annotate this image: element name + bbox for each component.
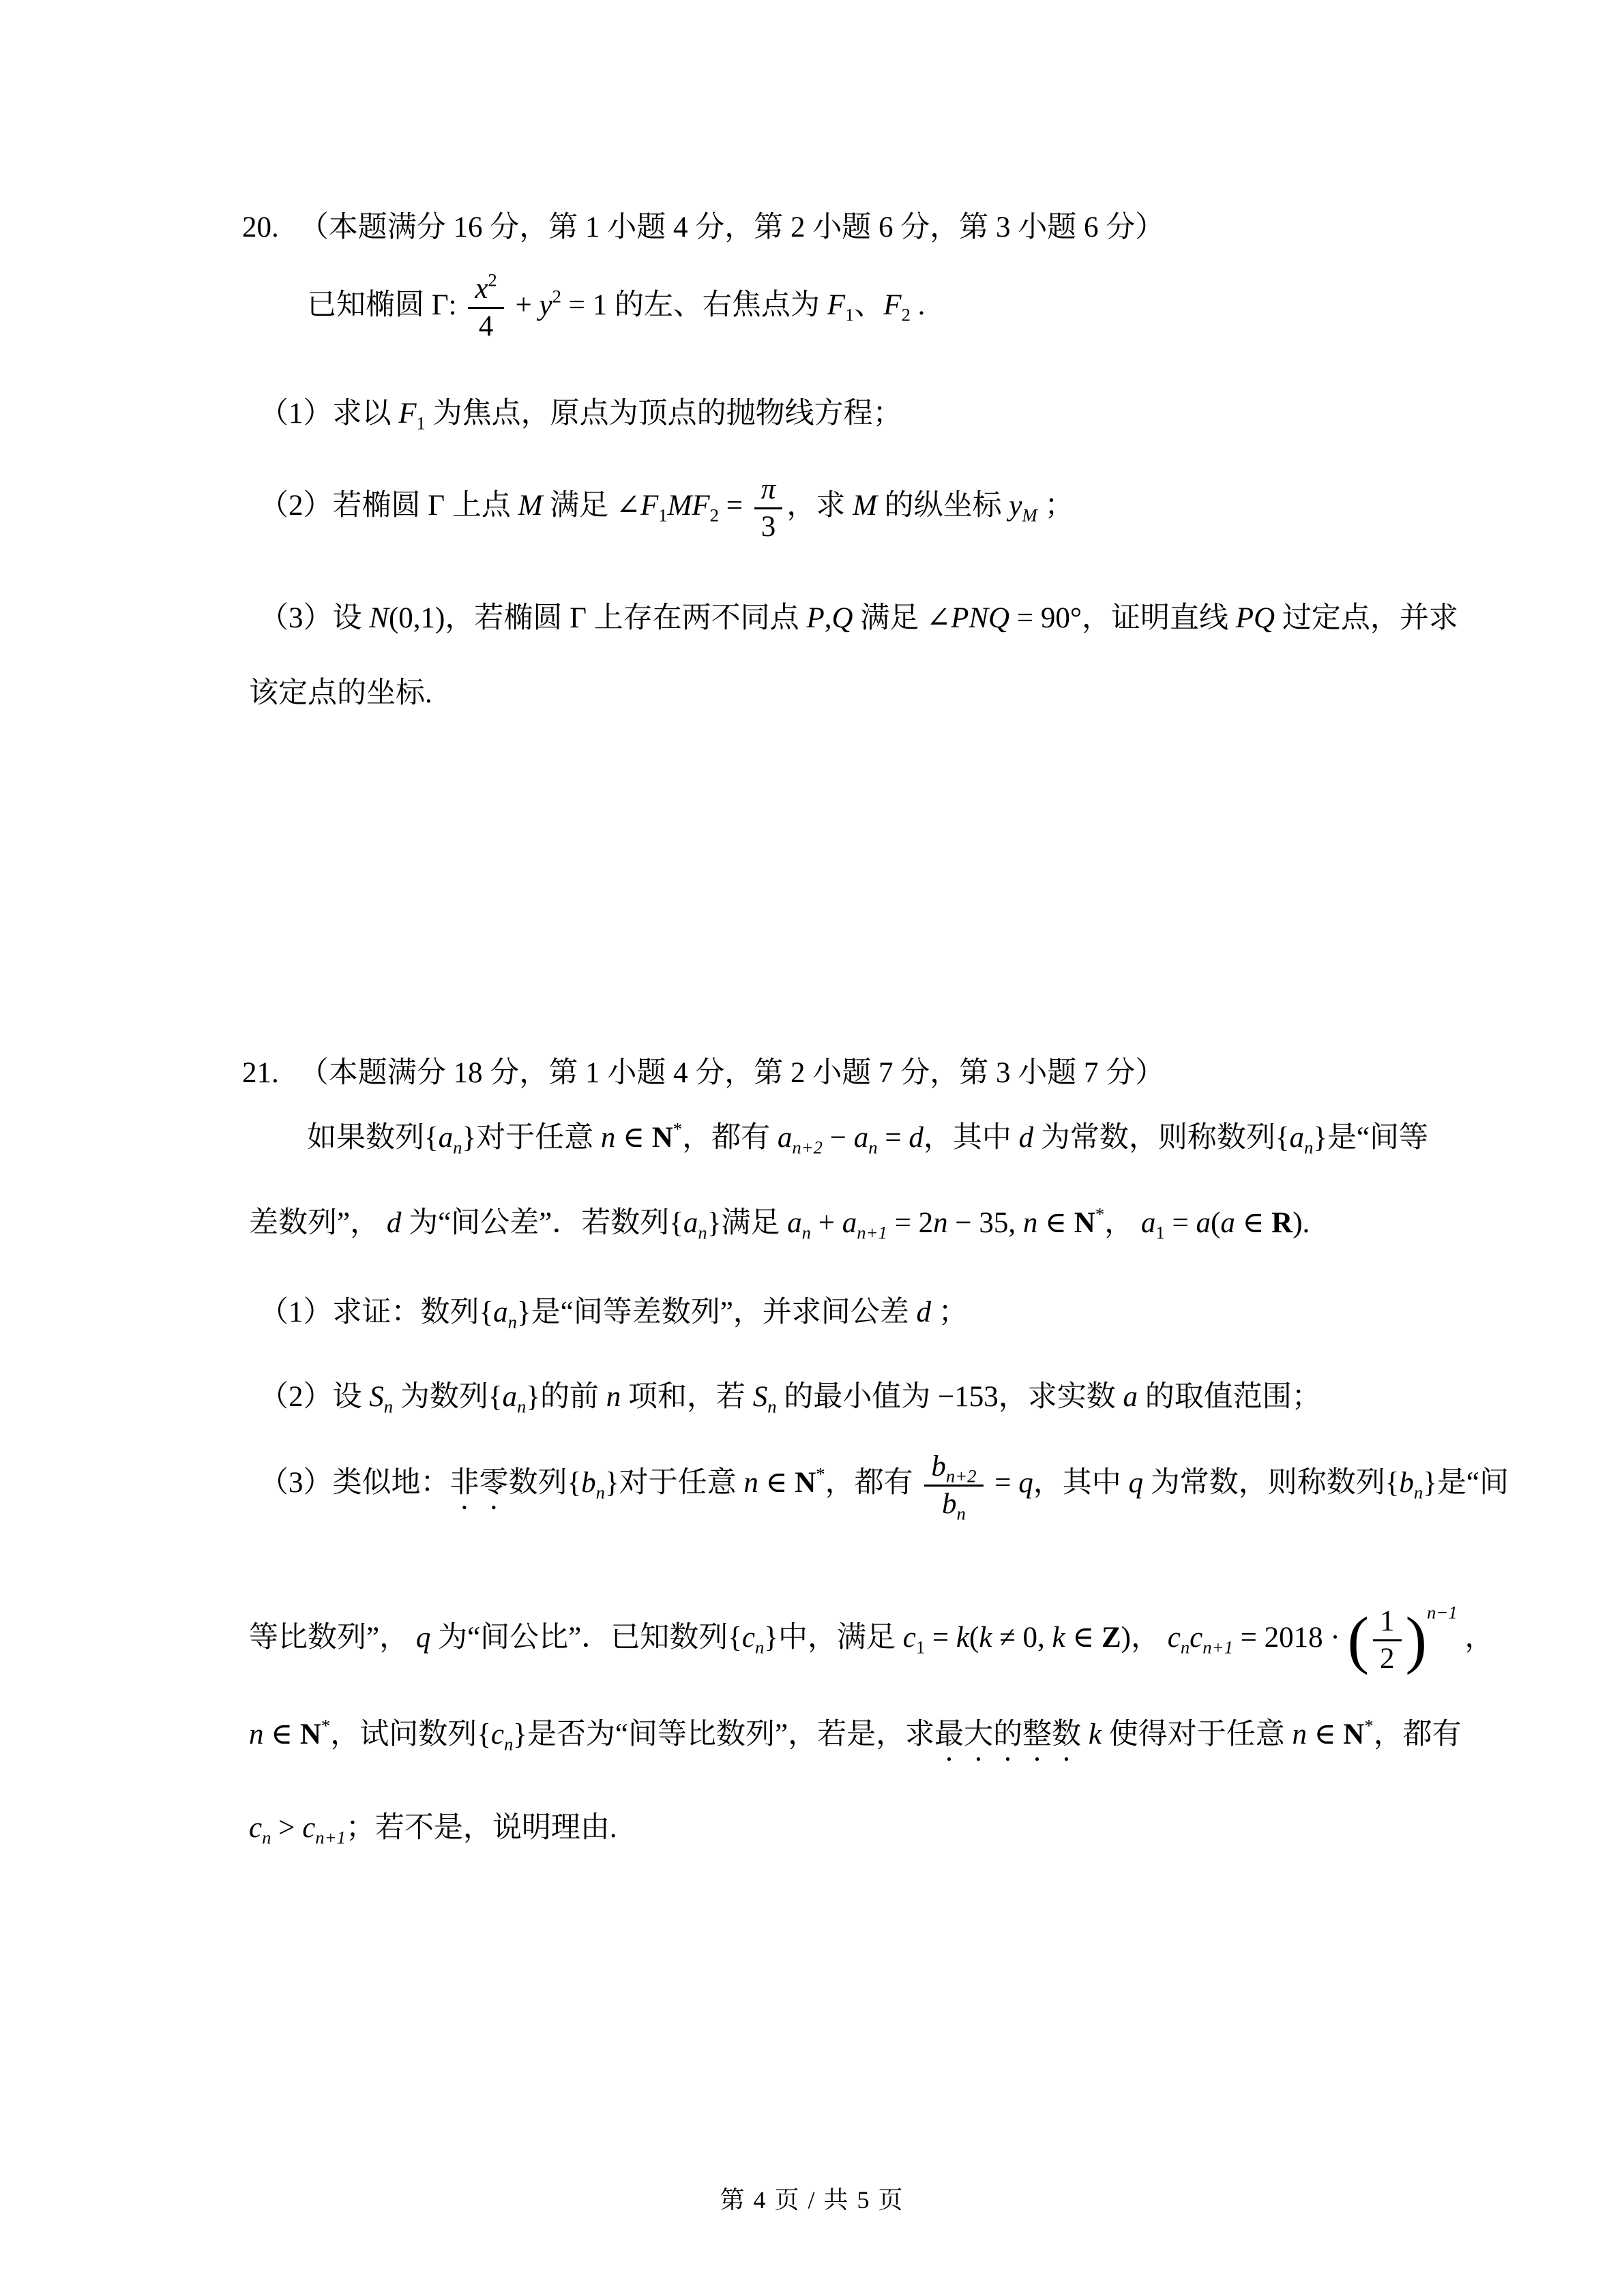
problem-20-q3-continuation: 该定点的坐标. [249, 674, 432, 713]
problem-20-q1: （1）求以 F1 为焦点，原点为顶点的抛物线方程； [259, 394, 902, 434]
problem-20-title: （本题满分 16 分，第 1 小题 4 分，第 2 小题 6 分，第 3 小题 … [299, 211, 1165, 243]
problem-20-q2: （2）若椭圆 Γ 上点 M 满足 ∠F1MF2 = π3，求 M 的纵坐标 yM… [259, 472, 1074, 544]
fraction: π3 [754, 472, 783, 544]
problem-21-intro-line1: 如果数列{an}对于任意 n ∈ N*，都有 an+2 − an = d，其中 … [307, 1118, 1428, 1158]
problem-21-number: 21. [242, 1057, 279, 1089]
fraction: bn+2bn [924, 1449, 983, 1521]
fraction: x24 [468, 271, 503, 344]
fraction: 12 [1373, 1604, 1402, 1676]
problem-21-header: 21.（本题满分 18 分，第 1 小题 4 分，第 2 小题 7 分，第 3 … [242, 1054, 1164, 1093]
problem-21-q2: （2）设 Sn 为数列{an}的前 n 项和，若 Sn 的最小值为 −153，求… [259, 1377, 1321, 1417]
problem-21-continuation-line3: cn > cn+1；若不是，说明理由. [249, 1808, 617, 1848]
problem-21-title: （本题满分 18 分，第 1 小题 4 分，第 2 小题 7 分，第 3 小题 … [299, 1057, 1165, 1089]
problem-21-q1: （1）求证：数列{an}是“间等差数列”，并求间公差 d ； [259, 1293, 968, 1332]
problem-21-continuation-line2: n ∈ N*，试问数列{cn}是否为“间等比数列”，若是，求最大的整数 k 使得… [249, 1715, 1462, 1768]
problem-21-intro-line2: 差数列”， d 为“间公差”．若数列{an}满足 an + an+1 = 2n … [249, 1204, 1310, 1243]
problem-21-continuation-line1: 等比数列”， q 为“间公比”．已知数列{cn}中，满足 c1 = k(k ≠ … [249, 1604, 1494, 1676]
exam-page: 20.（本题满分 16 分，第 1 小题 4 分，第 2 小题 6 分，第 3 … [0, 0, 1624, 2296]
problem-20-q3: （3）设 N(0,1)，若椭圆 Γ 上存在两不同点 P,Q 满足 ∠PNQ = … [259, 599, 1458, 638]
problem-20-header: 20.（本题满分 16 分，第 1 小题 4 分，第 2 小题 6 分，第 3 … [242, 208, 1164, 248]
problem-20-number: 20. [242, 211, 279, 243]
problem-21-q3: （3）类似地：非零数列{bn}对于任意 n ∈ N*，都有 bn+2bn = q… [259, 1449, 1509, 1521]
problem-20-intro: 已知椭圆 Γ: x24 + y2 = 1 的左、右焦点为 F1、F2 . [307, 271, 925, 344]
page-footer: 第 4 页 / 共 5 页 [0, 2181, 1624, 2216]
